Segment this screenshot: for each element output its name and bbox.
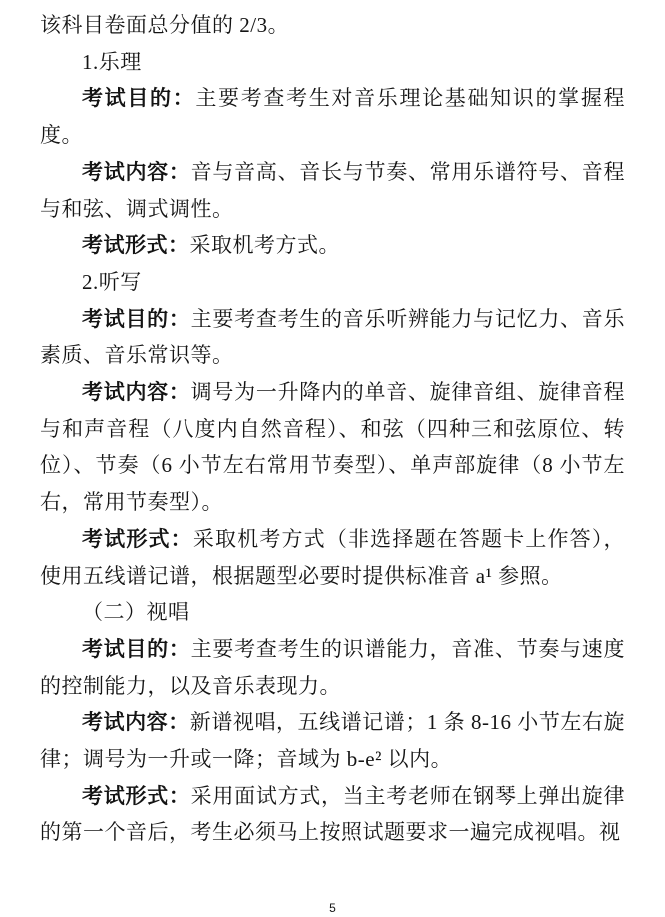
exam-content-label: 考试内容： [82, 160, 191, 184]
exam-format-label: 考试形式： [82, 784, 191, 808]
para-theory-content: 考试内容：音与音高、音长与节奏、常用乐谱符号、音程与和弦、调式调性。 [40, 154, 625, 227]
paragraph-text: 采取机考方式。 [190, 233, 341, 257]
page-body: 该科目卷面总分值的 2/3。 1.乐理 考试目的：主要考查考生对音乐理论基础知识… [40, 7, 625, 851]
exam-content-label: 考试内容： [82, 710, 190, 734]
exam-purpose-label: 考试目的： [82, 307, 191, 331]
exam-content-label: 考试内容： [82, 380, 191, 404]
document-page: 该科目卷面总分值的 2/3。 1.乐理 考试目的：主要考查考生对音乐理论基础知识… [0, 0, 665, 917]
heading-dictation: 2.听写 [40, 264, 625, 301]
page-number: 5 [0, 901, 665, 915]
para-theory-format: 考试形式：采取机考方式。 [40, 227, 625, 264]
para-dictation-purpose: 考试目的：主要考查考生的音乐听辨能力与记忆力、音乐素质、音乐常识等。 [40, 301, 625, 374]
para-sightsinging-content: 考试内容：新谱视唱，五线谱记谱；1 条 8-16 小节左右旋律；调号为一升或一降… [40, 704, 625, 777]
exam-purpose-label: 考试目的： [82, 637, 191, 661]
para-dictation-content: 考试内容：调号为一升降内的单音、旋律音组、旋律音程与和声音程（八度内自然音程）、… [40, 374, 625, 521]
exam-format-label: 考试形式： [82, 233, 190, 257]
para-sightsinging-format: 考试形式：采用面试方式，当主考老师在钢琴上弹出旋律的第一个音后，考生必须马上按照… [40, 778, 625, 851]
para-theory-purpose: 考试目的：主要考查考生对音乐理论基础知识的掌握程度。 [40, 80, 625, 153]
exam-format-label: 考试形式： [82, 527, 193, 551]
paragraph-continuation: 该科目卷面总分值的 2/3。 [40, 7, 625, 44]
exam-purpose-label: 考试目的： [82, 86, 195, 110]
para-dictation-format: 考试形式：采取机考方式（非选择题在答题卡上作答），使用五线谱记谱，根据题型必要时… [40, 521, 625, 594]
para-sightsinging-purpose: 考试目的：主要考查考生的识谱能力，音准、节奏与速度的控制能力，以及音乐表现力。 [40, 631, 625, 704]
heading-music-theory: 1.乐理 [40, 44, 625, 81]
heading-sight-singing: （二）视唱 [40, 594, 625, 631]
